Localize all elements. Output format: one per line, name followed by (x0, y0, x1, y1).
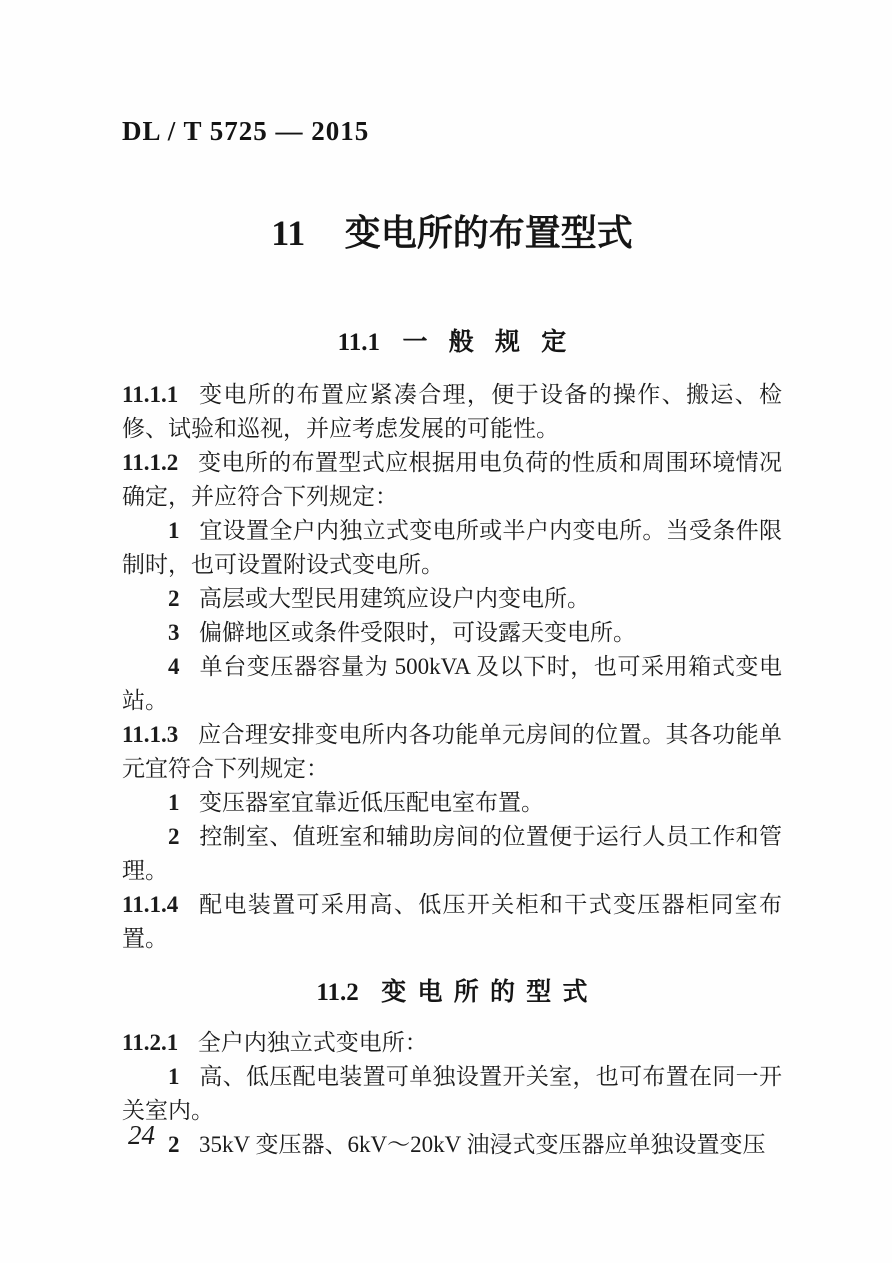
item-number: 2 (168, 1132, 180, 1157)
item-number: 2 (168, 824, 180, 849)
item-number: 4 (168, 654, 180, 679)
item-number: 3 (168, 620, 180, 645)
clause-11-1-4: 11.1.4配电装置可采用高、低压开关柜和干式变压器柜同室布置。 (122, 888, 782, 956)
clause-11-2-1: 11.2.1全户内独立式变电所： (122, 1026, 782, 1060)
list-item-2: 235kV 变压器、6kV～20kV 油浸式变压器应单独设置变压 (122, 1128, 782, 1162)
list-item-1: 1宜设置全户内独立式变电所或半户内变电所。当受条件限制时，也可设置附设式变电所。 (122, 514, 782, 582)
clause-text: 变电所的布置应紧凑合理，便于设备的操作、搬运、检修、试验和巡视，并应考虑发展的可… (122, 382, 782, 441)
clause-text: 配电装置可采用高、低压开关柜和干式变压器柜同室布置。 (122, 892, 782, 951)
list-item-3: 3偏僻地区或条件受限时，可设露天变电所。 (122, 616, 782, 650)
chapter-title-text: 变电所的布置型式 (345, 213, 633, 253)
list-item-1: 1高、低压配电装置可单独设置开关室，也可布置在同一开关室内。 (122, 1060, 782, 1128)
clause-text: 应合理安排变电所内各功能单元房间的位置。其各功能单元宜符合下列规定： (122, 722, 782, 781)
item-text: 宜设置全户内独立式变电所或半户内变电所。当受条件限制时，也可设置附设式变电所。 (122, 518, 782, 577)
section-heading-11-1: 11.1一般规定 (122, 322, 782, 358)
clause-text: 全户内独立式变电所： (198, 1030, 428, 1055)
clause-text: 变电所的布置型式应根据用电负荷的性质和周围环境情况确定，并应符合下列规定： (122, 450, 782, 509)
clause-11-1-2: 11.1.2变电所的布置型式应根据用电负荷的性质和周围环境情况确定，并应符合下列… (122, 446, 782, 514)
clause-number: 11.1.1 (122, 382, 178, 407)
section-title: 一般规定 (403, 329, 588, 356)
item-text: 高层或大型民用建筑应设户内变电所。 (199, 586, 590, 611)
item-number: 1 (168, 790, 180, 815)
clause-number: 11.1.3 (122, 722, 178, 747)
clause-11-1-3: 11.1.3应合理安排变电所内各功能单元房间的位置。其各功能单元宜符合下列规定： (122, 718, 782, 786)
clause-11-1-1: 11.1.1变电所的布置应紧凑合理，便于设备的操作、搬运、检修、试验和巡视，并应… (122, 378, 782, 446)
list-item-2: 2高层或大型民用建筑应设户内变电所。 (122, 582, 782, 616)
item-text: 单台变压器容量为 500kVA 及以下时，也可采用箱式变电站。 (122, 654, 782, 713)
clause-number: 11.2.1 (122, 1030, 178, 1055)
chapter-title: 11变电所的布置型式 (122, 205, 782, 256)
section-heading-11-2: 11.2变电所的型式 (122, 972, 782, 1008)
list-item-2: 2控制室、值班室和辅助房间的位置便于运行人员工作和管理。 (122, 820, 782, 888)
section-title: 变电所的型式 (381, 979, 599, 1006)
page-content: DL / T 5725 — 2015 11变电所的布置型式 11.1一般规定 1… (0, 0, 892, 1162)
section-number: 11.1 (338, 329, 380, 356)
item-text: 控制室、值班室和辅助房间的位置便于运行人员工作和管理。 (122, 824, 782, 883)
item-number: 1 (168, 1064, 180, 1089)
chapter-number: 11 (271, 213, 305, 253)
section-number: 11.2 (316, 979, 358, 1006)
item-number: 1 (168, 518, 180, 543)
page-number: 24 (128, 1120, 155, 1151)
item-text: 35kV 变压器、6kV～20kV 油浸式变压器应单独设置变压 (199, 1132, 766, 1157)
item-text: 偏僻地区或条件受限时，可设露天变电所。 (199, 620, 636, 645)
clause-number: 11.1.2 (122, 450, 178, 475)
clause-number: 11.1.4 (122, 892, 178, 917)
standard-code: DL / T 5725 — 2015 (122, 116, 782, 147)
list-item-1: 1变压器室宜靠近低压配电室布置。 (122, 786, 782, 820)
list-item-4: 4单台变压器容量为 500kVA 及以下时，也可采用箱式变电站。 (122, 650, 782, 718)
item-text: 变压器室宜靠近低压配电室布置。 (199, 790, 544, 815)
document-page: DL / T 5725 — 2015 11变电所的布置型式 11.1一般规定 1… (0, 0, 892, 1263)
item-number: 2 (168, 586, 180, 611)
item-text: 高、低压配电装置可单独设置开关室，也可布置在同一开关室内。 (122, 1064, 782, 1123)
